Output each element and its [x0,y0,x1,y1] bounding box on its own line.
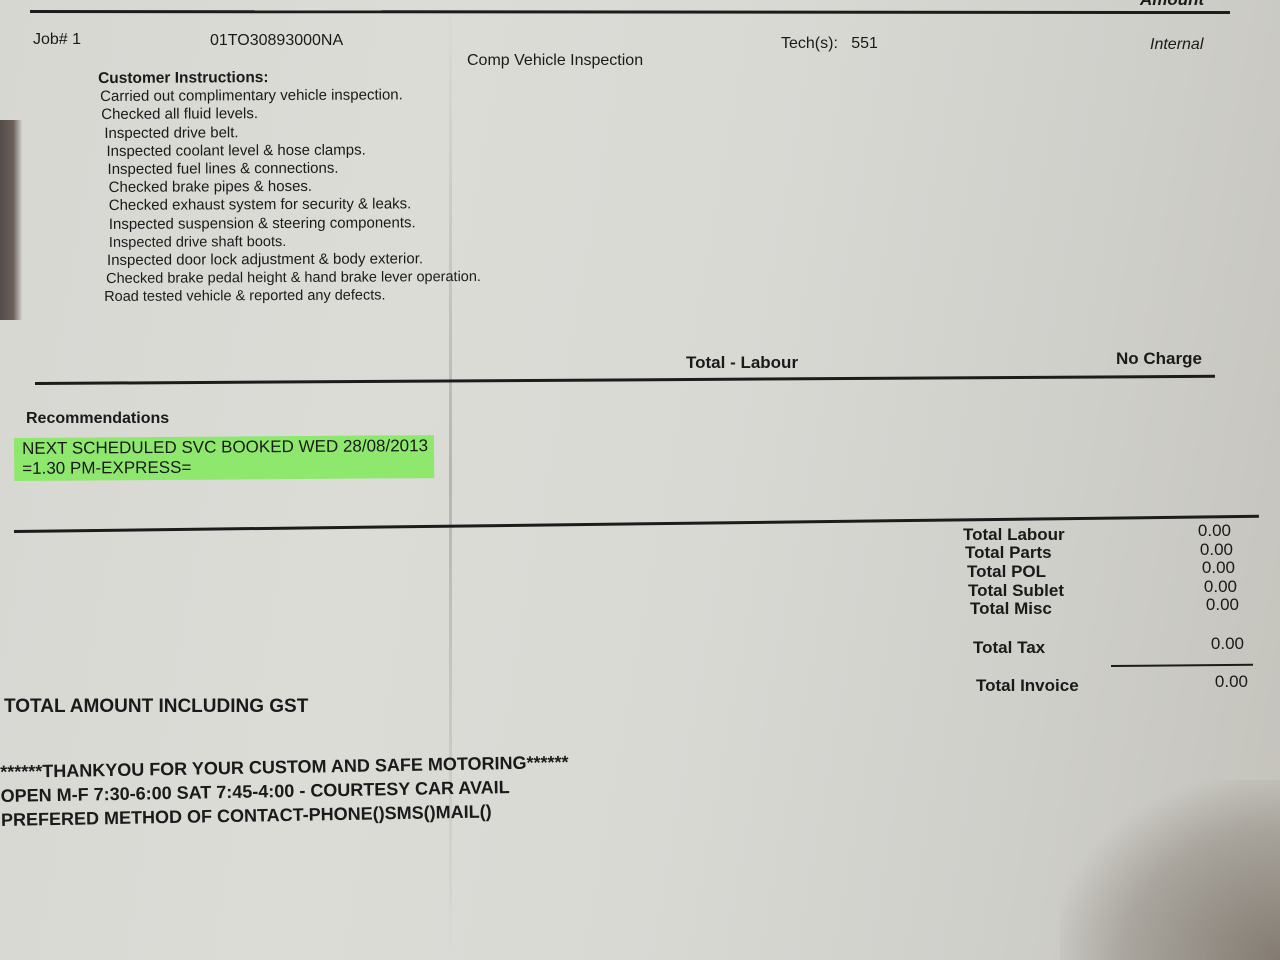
tech-field: Tech(s): 551 [781,35,878,53]
instruction-line: Inspected coolant level & hose clamps. [98,141,480,161]
total-labour-label: Total Labour [963,525,1065,545]
recommendation-line-1: NEXT SCHEDULED SVC BOOKED WED 28/08/2013 [22,436,428,459]
tech-label: Tech(s): [781,35,838,52]
instruction-line: Checked brake pipes & hoses. [99,177,481,197]
section-rule [14,515,1259,533]
job-description: Comp Vehicle Inspection [467,52,643,70]
header-rule [30,10,1230,14]
total-sublet-value: 0.00 [1157,577,1237,597]
gst-label: TOTAL AMOUNT INCLUDING GST [4,696,308,718]
labour-total-value: No Charge [1116,349,1202,369]
customer-instructions: Customer Instructions: Carried out compl… [98,68,481,307]
recommendation-line-2: =1.30 PM-EXPRESS= [22,456,428,479]
total-labour-value: 0.00 [1151,521,1231,541]
instruction-line: Road tested vehicle & reported any defec… [99,286,481,306]
footer-notes: ******THANKYOU FOR YOUR CUSTOM AND SAFE … [0,750,570,832]
invoice-rule [1111,664,1253,667]
tech-value: 551 [851,35,878,52]
total-tax-label: Total Tax [973,638,1045,658]
total-invoice-value: 0.00 [1168,672,1248,692]
instruction-line: Inspected drive shaft boots. [99,232,481,252]
job-number: Job# 1 [33,31,81,49]
background-edge [0,120,22,320]
instruction-line: Carried out complimentary vehicle inspec… [98,86,480,106]
instruction-line: Checked exhaust system for security & le… [99,195,481,215]
recommendations-title: Recommendations [26,410,169,428]
total-tax-value: 0.00 [1164,634,1244,654]
total-sublet-label: Total Sublet [968,581,1064,601]
instruction-line: Checked all fluid levels. [98,104,480,124]
charge-type: Internal [1150,36,1203,54]
total-pol-label: Total POL [967,562,1046,582]
instruction-line: Inspected door lock adjustment & body ex… [99,250,481,270]
instruction-line: Inspected drive belt. [98,123,480,143]
amount-column-header: Amount [1140,0,1204,10]
total-invoice-label: Total Invoice [976,676,1079,696]
labour-rule [35,375,1215,385]
instruction-line: Checked brake pedal height & hand brake … [99,268,481,288]
instruction-line: Inspected fuel lines & connections. [98,159,480,179]
instructions-title: Customer Instructions: [98,68,480,88]
total-misc-label: Total Misc [970,599,1052,619]
total-misc-value: 0.00 [1159,595,1239,615]
instruction-line: Inspected suspension & steering componen… [99,214,481,234]
total-pol-value: 0.00 [1155,558,1235,578]
labour-total-label: Total - Labour [686,353,798,373]
recommendation-highlight: NEXT SCHEDULED SVC BOOKED WED 28/08/2013… [14,435,434,481]
shadow [1060,780,1280,960]
job-code: 01TO30893000NA [210,32,343,50]
total-parts-value: 0.00 [1153,540,1233,560]
total-parts-label: Total Parts [965,543,1052,563]
